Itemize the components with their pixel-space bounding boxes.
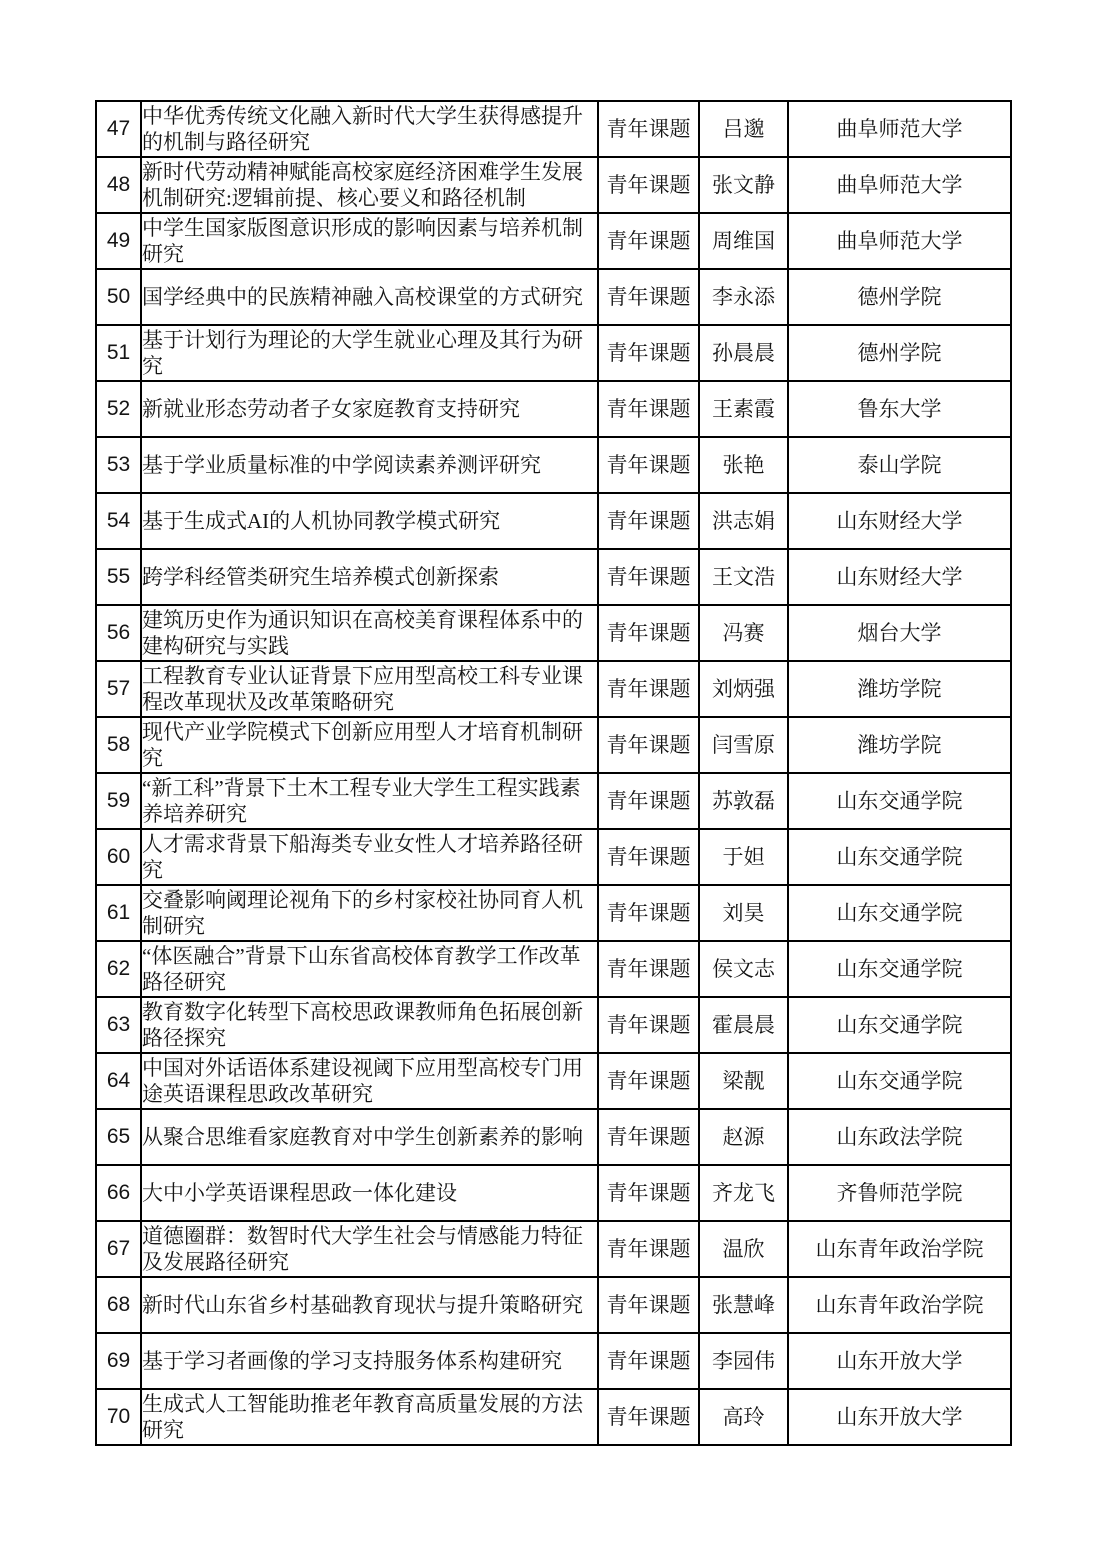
- project-title: 中华优秀传统文化融入新时代大学生获得感提升的机制与路径研究: [141, 101, 598, 157]
- project-category: 青年课题: [598, 549, 699, 605]
- project-institution: 山东交通学院: [788, 885, 1011, 941]
- project-leader: 孙晨晨: [699, 325, 788, 381]
- project-institution: 烟台大学: [788, 605, 1011, 661]
- project-leader: 赵源: [699, 1109, 788, 1165]
- row-number: 57: [96, 661, 141, 717]
- project-leader: 张文静: [699, 157, 788, 213]
- project-title: 建筑历史作为通识知识在高校美育课程体系中的建构研究与实践: [141, 605, 598, 661]
- project-leader: 侯文志: [699, 941, 788, 997]
- row-number: 51: [96, 325, 141, 381]
- table-row: 63 教育数字化转型下高校思政课教师角色拓展创新路径探究 青年课题 霍晨晨 山东…: [96, 997, 1011, 1053]
- project-leader: 张艳: [699, 437, 788, 493]
- project-leader: 梁靓: [699, 1053, 788, 1109]
- project-title: 新就业形态劳动者子女家庭教育支持研究: [141, 381, 598, 437]
- project-title: 现代产业学院模式下创新应用型人才培育机制研究: [141, 717, 598, 773]
- row-number: 60: [96, 829, 141, 885]
- project-table-body: 47 中华优秀传统文化融入新时代大学生获得感提升的机制与路径研究 青年课题 吕邈…: [96, 101, 1011, 1445]
- table-row: 59 “新工科”背景下土木工程专业大学生工程实践素养培养研究 青年课题 苏敦磊 …: [96, 773, 1011, 829]
- table-row: 54 基于生成式AI的人机协同教学模式研究 青年课题 洪志娟 山东财经大学: [96, 493, 1011, 549]
- table-row: 67 道德圈群：数智时代大学生社会与情感能力特征及发展路径研究 青年课题 温欣 …: [96, 1221, 1011, 1277]
- table-row: 60 人才需求背景下船海类专业女性人才培养路径研究 青年课题 于妲 山东交通学院: [96, 829, 1011, 885]
- project-title: 基于计划行为理论的大学生就业心理及其行为研究: [141, 325, 598, 381]
- project-leader: 李园伟: [699, 1333, 788, 1389]
- project-institution: 山东财经大学: [788, 549, 1011, 605]
- project-category: 青年课题: [598, 381, 699, 437]
- table-row: 56 建筑历史作为通识知识在高校美育课程体系中的建构研究与实践 青年课题 冯赛 …: [96, 605, 1011, 661]
- project-institution: 山东交通学院: [788, 773, 1011, 829]
- project-institution: 潍坊学院: [788, 661, 1011, 717]
- table-row: 62 “体医融合”背景下山东省高校体育教学工作改革路径研究 青年课题 侯文志 山…: [96, 941, 1011, 997]
- project-institution: 潍坊学院: [788, 717, 1011, 773]
- project-title: 国学经典中的民族精神融入高校课堂的方式研究: [141, 269, 598, 325]
- table-row: 47 中华优秀传统文化融入新时代大学生获得感提升的机制与路径研究 青年课题 吕邈…: [96, 101, 1011, 157]
- project-title: 中学生国家版图意识形成的影响因素与培养机制研究: [141, 213, 598, 269]
- row-number: 54: [96, 493, 141, 549]
- project-category: 青年课题: [598, 1333, 699, 1389]
- project-title: “新工科”背景下土木工程专业大学生工程实践素养培养研究: [141, 773, 598, 829]
- row-number: 48: [96, 157, 141, 213]
- row-number: 69: [96, 1333, 141, 1389]
- project-category: 青年课题: [598, 717, 699, 773]
- project-leader: 吕邈: [699, 101, 788, 157]
- table-row: 69 基于学习者画像的学习支持服务体系构建研究 青年课题 李园伟 山东开放大学: [96, 1333, 1011, 1389]
- project-institution: 山东开放大学: [788, 1333, 1011, 1389]
- project-category: 青年课题: [598, 157, 699, 213]
- project-category: 青年课题: [598, 437, 699, 493]
- project-leader: 齐龙飞: [699, 1165, 788, 1221]
- row-number: 49: [96, 213, 141, 269]
- row-number: 52: [96, 381, 141, 437]
- project-institution: 山东开放大学: [788, 1389, 1011, 1445]
- row-number: 68: [96, 1277, 141, 1333]
- project-category: 青年课题: [598, 1221, 699, 1277]
- project-title: 新时代山东省乡村基础教育现状与提升策略研究: [141, 1277, 598, 1333]
- row-number: 63: [96, 997, 141, 1053]
- project-institution: 山东交通学院: [788, 997, 1011, 1053]
- project-category: 青年课题: [598, 885, 699, 941]
- project-title: 道德圈群：数智时代大学生社会与情感能力特征及发展路径研究: [141, 1221, 598, 1277]
- project-category: 青年课题: [598, 997, 699, 1053]
- project-leader: 刘昊: [699, 885, 788, 941]
- table-row: 51 基于计划行为理论的大学生就业心理及其行为研究 青年课题 孙晨晨 德州学院: [96, 325, 1011, 381]
- project-institution: 山东青年政治学院: [788, 1277, 1011, 1333]
- project-title: 基于生成式AI的人机协同教学模式研究: [141, 493, 598, 549]
- project-leader: 张慧峰: [699, 1277, 788, 1333]
- project-institution: 齐鲁师范学院: [788, 1165, 1011, 1221]
- row-number: 65: [96, 1109, 141, 1165]
- project-title: 新时代劳动精神赋能高校家庭经济困难学生发展机制研究:逻辑前提、核心要义和路径机制: [141, 157, 598, 213]
- project-leader: 冯赛: [699, 605, 788, 661]
- project-institution: 山东青年政治学院: [788, 1221, 1011, 1277]
- table-row: 70 生成式人工智能助推老年教育高质量发展的方法研究 青年课题 高玲 山东开放大…: [96, 1389, 1011, 1445]
- table-row: 58 现代产业学院模式下创新应用型人才培育机制研究 青年课题 闫雪原 潍坊学院: [96, 717, 1011, 773]
- project-institution: 德州学院: [788, 325, 1011, 381]
- row-number: 47: [96, 101, 141, 157]
- project-leader: 周维国: [699, 213, 788, 269]
- project-category: 青年课题: [598, 1165, 699, 1221]
- table-row: 57 工程教育专业认证背景下应用型高校工科专业课程改革现状及改革策略研究 青年课…: [96, 661, 1011, 717]
- table-row: 65 从聚合思维看家庭教育对中学生创新素养的影响 青年课题 赵源 山东政法学院: [96, 1109, 1011, 1165]
- project-category: 青年课题: [598, 829, 699, 885]
- project-category: 青年课题: [598, 101, 699, 157]
- row-number: 70: [96, 1389, 141, 1445]
- project-category: 青年课题: [598, 493, 699, 549]
- project-institution: 泰山学院: [788, 437, 1011, 493]
- row-number: 67: [96, 1221, 141, 1277]
- project-institution: 山东政法学院: [788, 1109, 1011, 1165]
- project-title: 从聚合思维看家庭教育对中学生创新素养的影响: [141, 1109, 598, 1165]
- project-category: 青年课题: [598, 773, 699, 829]
- table-row: 49 中学生国家版图意识形成的影响因素与培养机制研究 青年课题 周维国 曲阜师范…: [96, 213, 1011, 269]
- table-row: 68 新时代山东省乡村基础教育现状与提升策略研究 青年课题 张慧峰 山东青年政治…: [96, 1277, 1011, 1333]
- project-institution: 曲阜师范大学: [788, 101, 1011, 157]
- row-number: 61: [96, 885, 141, 941]
- row-number: 50: [96, 269, 141, 325]
- project-leader: 闫雪原: [699, 717, 788, 773]
- project-category: 青年课题: [598, 941, 699, 997]
- project-leader: 王素霞: [699, 381, 788, 437]
- project-table: 47 中华优秀传统文化融入新时代大学生获得感提升的机制与路径研究 青年课题 吕邈…: [95, 100, 1012, 1446]
- project-leader: 高玲: [699, 1389, 788, 1445]
- row-number: 64: [96, 1053, 141, 1109]
- project-leader: 洪志娟: [699, 493, 788, 549]
- project-leader: 霍晨晨: [699, 997, 788, 1053]
- project-title: 教育数字化转型下高校思政课教师角色拓展创新路径探究: [141, 997, 598, 1053]
- project-title: 生成式人工智能助推老年教育高质量发展的方法研究: [141, 1389, 598, 1445]
- project-title: 基于学习者画像的学习支持服务体系构建研究: [141, 1333, 598, 1389]
- project-category: 青年课题: [598, 269, 699, 325]
- project-category: 青年课题: [598, 1389, 699, 1445]
- project-category: 青年课题: [598, 605, 699, 661]
- project-title: 跨学科经管类研究生培养模式创新探索: [141, 549, 598, 605]
- project-institution: 鲁东大学: [788, 381, 1011, 437]
- table-row: 64 中国对外话语体系建设视阈下应用型高校专门用途英语课程思政改革研究 青年课题…: [96, 1053, 1011, 1109]
- project-title: 交叠影响阈理论视角下的乡村家校社协同育人机制研究: [141, 885, 598, 941]
- project-leader: 刘炳强: [699, 661, 788, 717]
- table-row: 50 国学经典中的民族精神融入高校课堂的方式研究 青年课题 李永添 德州学院: [96, 269, 1011, 325]
- project-leader: 王文浩: [699, 549, 788, 605]
- project-title: 基于学业质量标准的中学阅读素养测评研究: [141, 437, 598, 493]
- project-category: 青年课题: [598, 1109, 699, 1165]
- project-institution: 山东交通学院: [788, 941, 1011, 997]
- table-row: 55 跨学科经管类研究生培养模式创新探索 青年课题 王文浩 山东财经大学: [96, 549, 1011, 605]
- project-category: 青年课题: [598, 325, 699, 381]
- row-number: 53: [96, 437, 141, 493]
- project-leader: 李永添: [699, 269, 788, 325]
- row-number: 55: [96, 549, 141, 605]
- row-number: 66: [96, 1165, 141, 1221]
- project-leader: 苏敦磊: [699, 773, 788, 829]
- project-title: 中国对外话语体系建设视阈下应用型高校专门用途英语课程思政改革研究: [141, 1053, 598, 1109]
- table-row: 52 新就业形态劳动者子女家庭教育支持研究 青年课题 王素霞 鲁东大学: [96, 381, 1011, 437]
- document-page: 47 中华优秀传统文化融入新时代大学生获得感提升的机制与路径研究 青年课题 吕邈…: [0, 0, 1106, 1565]
- project-leader: 温欣: [699, 1221, 788, 1277]
- project-institution: 山东交通学院: [788, 1053, 1011, 1109]
- project-category: 青年课题: [598, 1277, 699, 1333]
- project-title: “体医融合”背景下山东省高校体育教学工作改革路径研究: [141, 941, 598, 997]
- project-institution: 曲阜师范大学: [788, 213, 1011, 269]
- project-title: 人才需求背景下船海类专业女性人才培养路径研究: [141, 829, 598, 885]
- table-row: 53 基于学业质量标准的中学阅读素养测评研究 青年课题 张艳 泰山学院: [96, 437, 1011, 493]
- row-number: 59: [96, 773, 141, 829]
- project-title: 大中小学英语课程思政一体化建设: [141, 1165, 598, 1221]
- row-number: 62: [96, 941, 141, 997]
- row-number: 58: [96, 717, 141, 773]
- project-leader: 于妲: [699, 829, 788, 885]
- project-institution: 曲阜师范大学: [788, 157, 1011, 213]
- project-institution: 山东财经大学: [788, 493, 1011, 549]
- project-category: 青年课题: [598, 213, 699, 269]
- table-row: 61 交叠影响阈理论视角下的乡村家校社协同育人机制研究 青年课题 刘昊 山东交通…: [96, 885, 1011, 941]
- project-institution: 山东交通学院: [788, 829, 1011, 885]
- table-row: 48 新时代劳动精神赋能高校家庭经济困难学生发展机制研究:逻辑前提、核心要义和路…: [96, 157, 1011, 213]
- table-row: 66 大中小学英语课程思政一体化建设 青年课题 齐龙飞 齐鲁师范学院: [96, 1165, 1011, 1221]
- project-title: 工程教育专业认证背景下应用型高校工科专业课程改革现状及改革策略研究: [141, 661, 598, 717]
- project-category: 青年课题: [598, 1053, 699, 1109]
- row-number: 56: [96, 605, 141, 661]
- project-category: 青年课题: [598, 661, 699, 717]
- project-institution: 德州学院: [788, 269, 1011, 325]
